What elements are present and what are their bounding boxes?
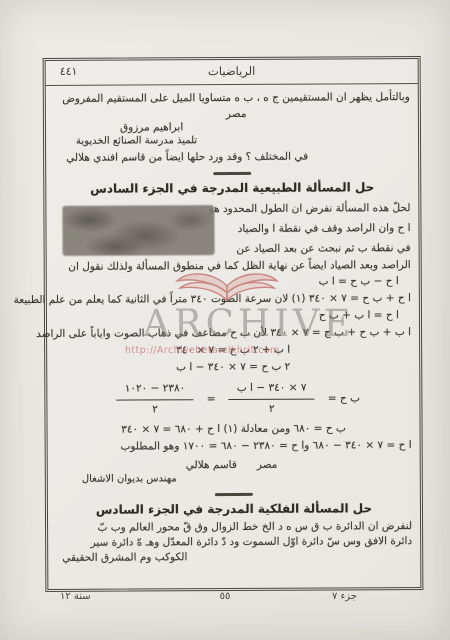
equation-fraction: ب ح = ٧ × ٣٤٠ − ا ب٢ = ٢٣٨٠ − ١٠٢٠٢ (55, 379, 411, 419)
section-divider (215, 493, 253, 496)
fraction: ٧ × ٣٤٠ − ا ب٢ (229, 380, 315, 418)
footer-part: جزء ٧ (332, 591, 357, 602)
equation: ا ح + ب ح = ٧ × ٣٤٠ (١) لان سرعة الصوت ٣… (55, 290, 411, 309)
fraction-denominator: ٢ (117, 400, 194, 418)
page-header: ٤٤١ الرياضيات (46, 59, 418, 86)
physics-paragraph: لحلّ هذه المسألة نفرض ان الطول المحدود ه… (54, 198, 410, 275)
fraction-denominator: ٢ (229, 400, 315, 418)
scanned-page: ٤٤١ الرياضيات وبالتأمل يظهر ان المستقيمي… (0, 0, 450, 640)
physics-signature-title: مهندس بديوان الاشغال (56, 471, 412, 487)
equation: ا ح − ب ح = ا ب (55, 273, 411, 292)
astronomy-section-heading: حل المسألة الفلكية المدرجة في الجزء السا… (56, 501, 412, 517)
equation: ا ح = ا ب + ب ح (55, 307, 411, 326)
ink-blot (62, 205, 214, 256)
intro-line: وبالتأمل يظهر ان المستقيمين ج ه ، ب ه مت… (54, 90, 410, 107)
paragraph-line: الراصد وبعد الصياد ايضاً عن نهاية الظل ك… (55, 258, 411, 275)
fraction-lhs: ب ح = (328, 392, 360, 404)
equation: ب ح = ٦٨٠ ومن معادلة (١) ا ح + ٦٨٠ = ٧ ×… (56, 420, 412, 439)
fraction: ٢٣٨٠ − ١٠٢٠٢ (117, 380, 194, 418)
fraction-numerator: ٢٣٨٠ − ١٠٢٠ (117, 380, 194, 400)
physics-section-heading: حل المسألة الطبيعية المدرجة في الجزء الس… (54, 180, 410, 196)
section-divider (213, 172, 251, 175)
intro-note: في المختلف ؟ وقد ورد حلها ايضاً من قاسم … (54, 149, 410, 166)
signature-city: مصر (257, 459, 278, 471)
paragraph-line: دائرة الافق وس سّ دائرة اوّل السموت ود د… (56, 534, 412, 551)
fraction-numerator: ٧ × ٣٤٠ − ا ب (229, 380, 315, 400)
footer-page-number: ٥٥ (0, 591, 450, 602)
equation: ا ح = ٧ × ٣٤٠ − ٦٨٠ وا ح = ٢٣٨٠ − ٦٨٠ = … (56, 437, 412, 456)
signature-name: قاسم هلالي (186, 459, 237, 471)
equals-sign: = (207, 393, 216, 405)
page-border-frame: ٤٤١ الرياضيات وبالتأمل يظهر ان المستقيمي… (43, 56, 424, 592)
equation: ا ب + ب ح + ب ح = ٧ × ٣٤٠ لأن ب ح مضاعف … (55, 324, 411, 343)
page-title: الرياضيات (46, 63, 418, 79)
page-content: وبالتأمل يظهر ان المستقيمين ج ه ، ب ه مت… (46, 84, 421, 566)
intro-signature-title: تلميذ مدرسة الصنائع الخديوية (54, 133, 410, 148)
equation: ا ب + ٢ ب ح = ٧ × ٣٤٠ (55, 341, 411, 360)
equation: ٢ ب ح = ٧ × ٣٤٠ − ا ب (55, 358, 411, 377)
paragraph-line: الكوكب وم المشرق الحقيقي (56, 549, 412, 566)
